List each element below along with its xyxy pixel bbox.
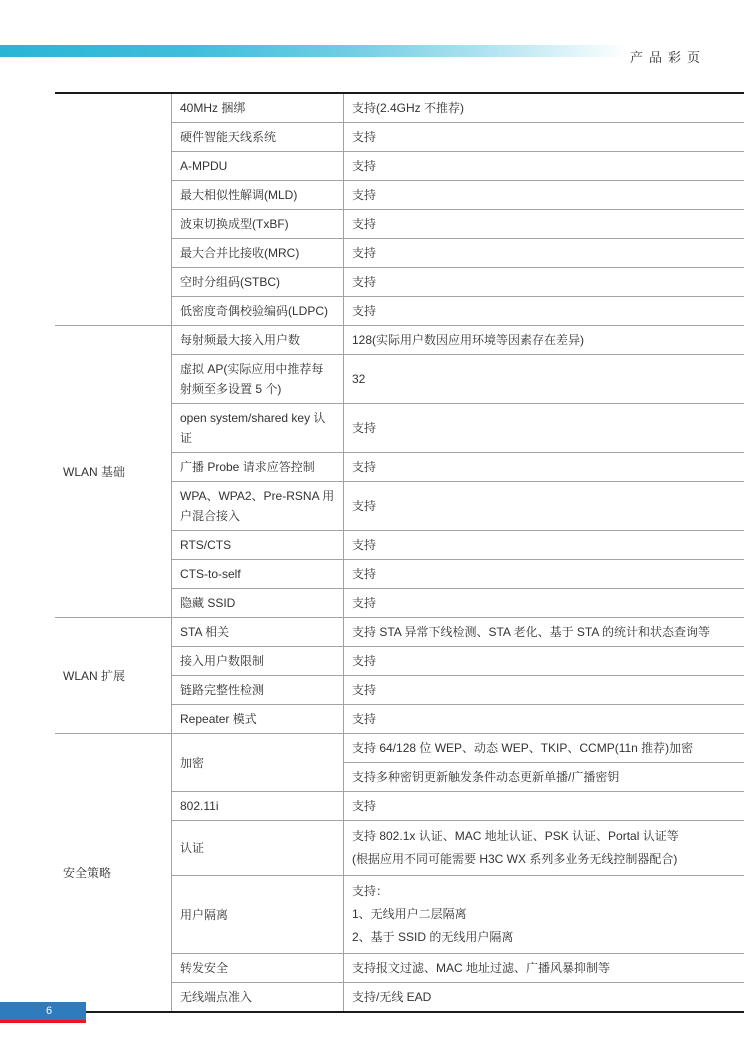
feature-cell: Repeater 模式 (172, 705, 344, 734)
feature-cell: CTS-to-self (172, 560, 344, 589)
value-cell: 支持 (344, 268, 745, 297)
value-cell: 支持 (344, 453, 745, 482)
table-row: 40MHz 捆绑支持(2.4GHz 不推荐) (55, 93, 744, 123)
value-cell: 支持/无线 EAD (344, 983, 745, 1013)
value-cell: 支持 (344, 482, 745, 531)
feature-cell: open system/shared key 认证 (172, 404, 344, 453)
feature-cell: 隐藏 SSID (172, 589, 344, 618)
value-line: 支持 802.1x 认证、MAC 地址认证、PSK 认证、Portal 认证等 (352, 825, 736, 848)
spec-table: 40MHz 捆绑支持(2.4GHz 不推荐)硬件智能天线系统支持A-MPDU支持… (55, 92, 694, 1013)
feature-cell: 加密 (172, 734, 344, 792)
table-row: 安全策略加密支持 64/128 位 WEP、动态 WEP、TKIP、CCMP(1… (55, 734, 744, 763)
feature-cell: 每射频最大接入用户数 (172, 326, 344, 355)
feature-cell: 虚拟 AP(实际应用中推荐每射频至多设置 5 个) (172, 355, 344, 404)
feature-cell: 用户隔离 (172, 876, 344, 954)
value-cell: 支持(2.4GHz 不推荐) (344, 93, 745, 123)
feature-cell: 无线端点准入 (172, 983, 344, 1013)
feature-cell: STA 相关 (172, 618, 344, 647)
value-cell: 支持 (344, 705, 745, 734)
feature-cell: WPA、WPA2、Pre-RSNA 用户混合接入 (172, 482, 344, 531)
spec-table-body: 40MHz 捆绑支持(2.4GHz 不推荐)硬件智能天线系统支持A-MPDU支持… (55, 93, 744, 1012)
feature-cell: RTS/CTS (172, 531, 344, 560)
value-cell: 支持多种密钥更新触发条件动态更新单播/广播密钥 (344, 763, 745, 792)
value-line: 1、无线用户二层隔离 (352, 903, 736, 926)
value-cell: 支持报文过滤、MAC 地址过滤、广播风暴抑制等 (344, 954, 745, 983)
feature-cell: 波束切换成型(TxBF) (172, 210, 344, 239)
value-cell: 支持 (344, 404, 745, 453)
value-cell: 支持 (344, 560, 745, 589)
feature-cell: 接入用户数限制 (172, 647, 344, 676)
feature-cell: 链路完整性检测 (172, 676, 344, 705)
value-cell: 支持 (344, 123, 745, 152)
category-cell: WLAN 基础 (55, 326, 172, 618)
value-cell: 支持 (344, 676, 745, 705)
value-cell: 支持 STA 异常下线检测、STA 老化、基于 STA 的统计和状态查询等 (344, 618, 745, 647)
table-row: WLAN 扩展STA 相关支持 STA 异常下线检测、STA 老化、基于 STA… (55, 618, 744, 647)
datasheet-page: 产品彩页 40MHz 捆绑支持(2.4GHz 不推荐)硬件智能天线系统支持A-M… (0, 0, 750, 1060)
value-cell: 支持 (344, 152, 745, 181)
category-cell: WLAN 扩展 (55, 618, 172, 734)
feature-cell: 低密度奇偶校验编码(LDPC) (172, 297, 344, 326)
value-cell: 128(实际用户数因应用环境等因素存在差异) (344, 326, 745, 355)
value-cell: 支持 (344, 210, 745, 239)
feature-cell: 40MHz 捆绑 (172, 93, 344, 123)
value-cell: 支持 (344, 792, 745, 821)
feature-cell: 认证 (172, 821, 344, 876)
value-line: 支持： (352, 880, 736, 903)
category-cell (55, 93, 172, 326)
page-number: 6 (46, 1005, 52, 1017)
feature-cell: 最大合并比接收(MRC) (172, 239, 344, 268)
feature-cell: 广播 Probe 请求应答控制 (172, 453, 344, 482)
value-line: (根据应用不同可能需要 H3C WX 系列多业务无线控制器配合) (352, 848, 736, 871)
value-cell: 支持 (344, 589, 745, 618)
value-cell: 支持 (344, 531, 745, 560)
value-cell: 支持 802.1x 认证、MAC 地址认证、PSK 认证、Portal 认证等(… (344, 821, 745, 876)
feature-cell: 硬件智能天线系统 (172, 123, 344, 152)
feature-cell: 802.11i (172, 792, 344, 821)
feature-cell: 空时分组码(STBC) (172, 268, 344, 297)
value-cell: 支持 (344, 297, 745, 326)
feature-cell: A-MPDU (172, 152, 344, 181)
header-gradient-bar (0, 45, 628, 57)
table-row: WLAN 基础每射频最大接入用户数128(实际用户数因应用环境等因素存在差异) (55, 326, 744, 355)
footer-red-line (0, 1020, 86, 1023)
value-cell: 支持 (344, 647, 745, 676)
page-header-title: 产品彩页 (630, 47, 706, 66)
value-cell: 支持 (344, 181, 745, 210)
value-cell: 支持 (344, 239, 745, 268)
value-cell: 支持：1、无线用户二层隔离2、基于 SSID 的无线用户隔离 (344, 876, 745, 954)
feature-cell: 转发安全 (172, 954, 344, 983)
value-cell: 32 (344, 355, 745, 404)
value-line: 2、基于 SSID 的无线用户隔离 (352, 926, 736, 949)
feature-cell: 最大相似性解调(MLD) (172, 181, 344, 210)
value-cell: 支持 64/128 位 WEP、动态 WEP、TKIP、CCMP(11n 推荐)… (344, 734, 745, 763)
category-cell: 安全策略 (55, 734, 172, 1013)
footer-page-badge: 6 (0, 1002, 86, 1020)
